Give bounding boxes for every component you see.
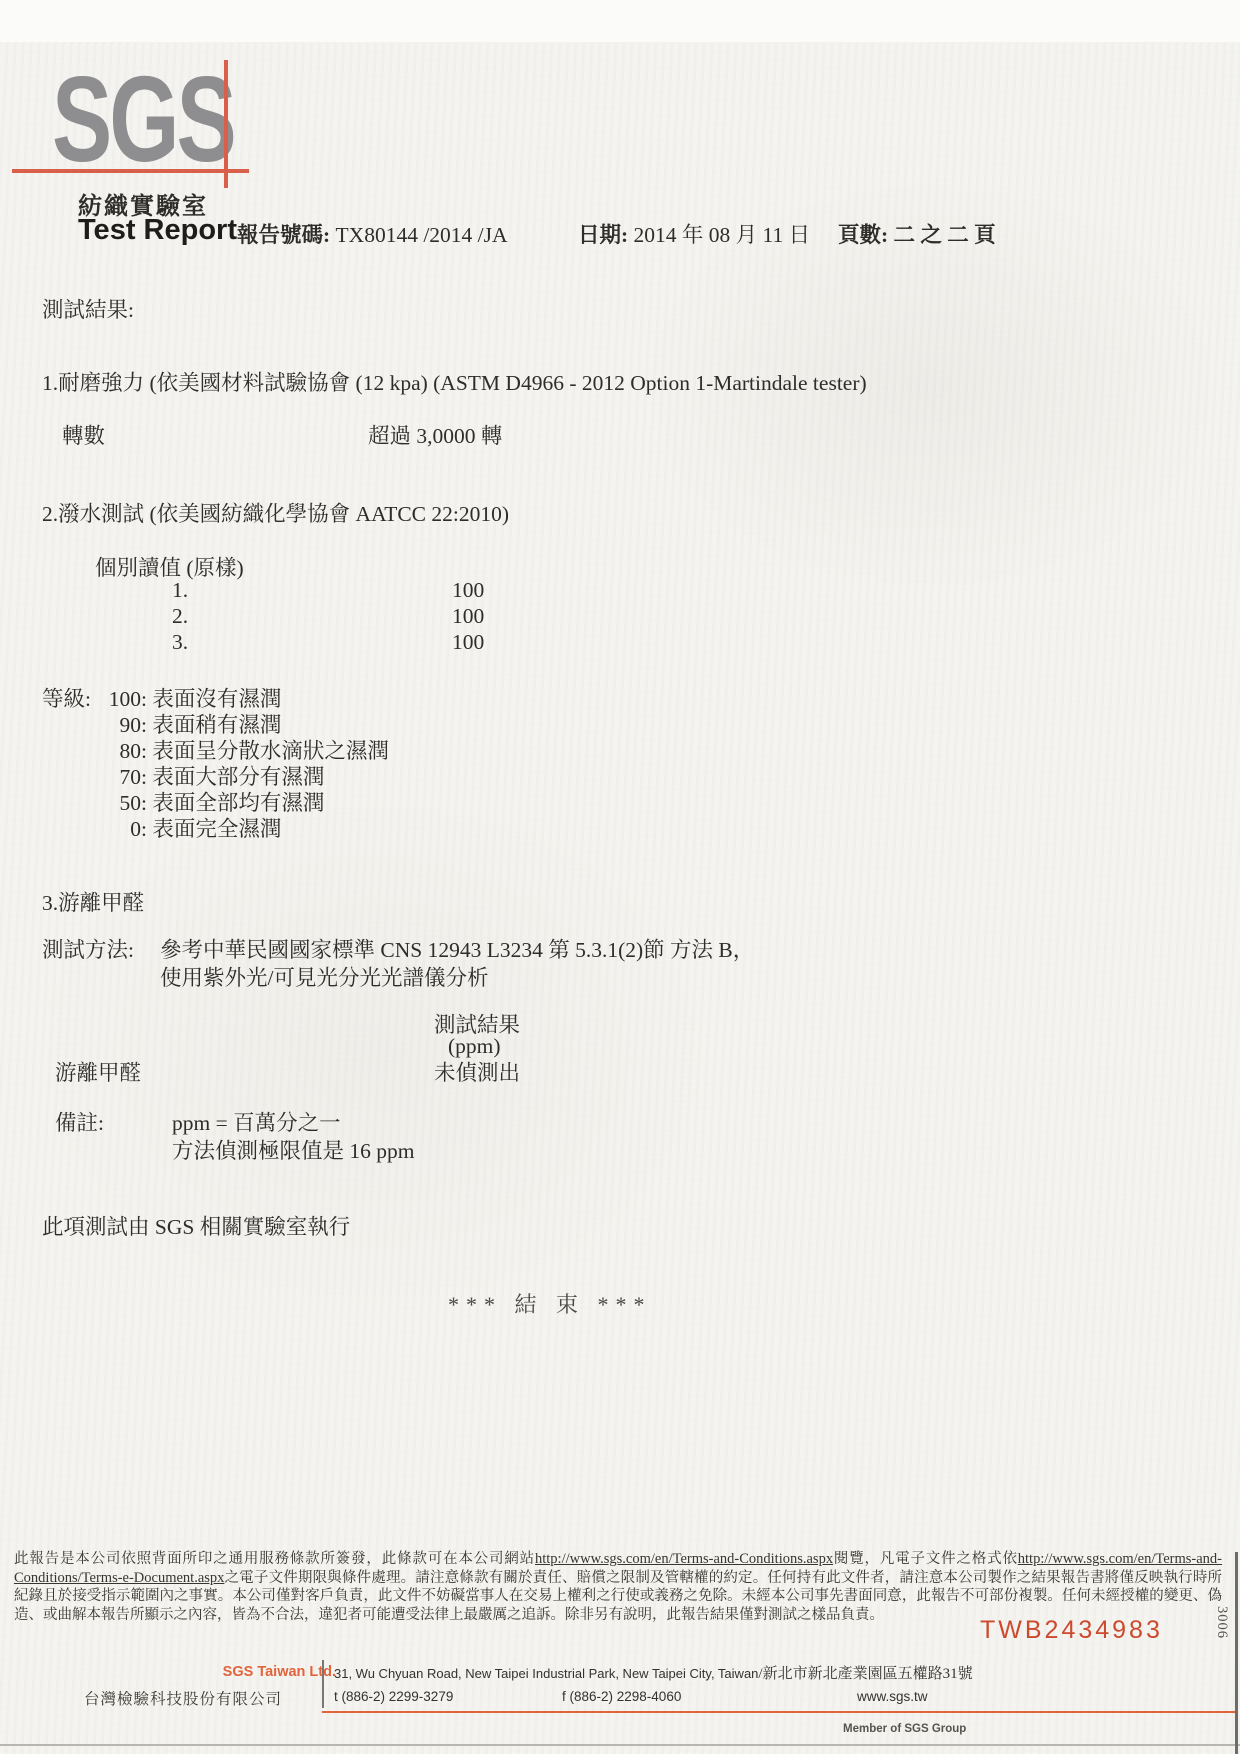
company-fax: f (886-2) 2298-4060 — [562, 1689, 681, 1704]
member-of-sgs-group: Member of SGS Group — [843, 1723, 966, 1735]
grade-row: 0: 表面完全濕潤 — [42, 812, 281, 843]
disclaimer-text: 閱覽，凡電子文件之格式依 — [833, 1551, 1018, 1567]
method-line1: 參考中華民國國家標準 CNS 12943 L3234 第 5.3.1(2)節 方… — [160, 933, 754, 964]
method-line2: 使用紫外光/可見光分光光譜儀分析 — [160, 961, 488, 992]
section3-title: 3.游離甲醛 — [42, 886, 144, 917]
report-number-value: TX80144 /2014 /JA — [336, 223, 508, 247]
report-date-label: 日期: — [578, 223, 628, 247]
readings-label: 個別讀值 (原樣) — [95, 551, 244, 582]
logo-red-underline — [12, 169, 249, 173]
grade-score: 0: — [42, 817, 147, 842]
section1-row-label: 轉數 — [62, 419, 105, 450]
reading-row-value: 100 — [452, 578, 484, 603]
note-label: 備註: — [55, 1106, 104, 1137]
company-phone: t (886-2) 2299-3279 — [334, 1689, 453, 1704]
scan-bottom-edge — [0, 1744, 1240, 1746]
note-line2: 方法偵測極限值是 16 ppm — [172, 1134, 414, 1165]
footer-orange-rule — [322, 1711, 1235, 1713]
company-address-en: 31, Wu Chyuan Road, New Taipei Industria… — [334, 1666, 758, 1681]
company-address: 31, Wu Chyuan Road, New Taipei Industria… — [334, 1662, 973, 1683]
reading-row-value: 100 — [452, 630, 484, 655]
analyte-name: 游離甲醛 — [55, 1056, 141, 1087]
report-pages-value: 二 之 二 頁 — [894, 223, 996, 247]
report-number-field: 報告號碼: TX80144 /2014 /JA — [237, 218, 508, 249]
report-number-label: 報告號碼: — [237, 223, 330, 247]
report-date-field: 日期: 2014 年 08 月 11 日 — [578, 218, 810, 249]
company-address-zh: /新北市新北產業園區五權路31號 — [758, 1666, 972, 1682]
sgs-logo: SGS — [52, 58, 234, 180]
disclaimer-text: 此報告是本公司依照背面所印之通用服務條款所簽發，此條款可在本公司網站 — [14, 1551, 535, 1567]
section1-title: 1.耐磨強力 (依美國材料試驗協會 (12 kpa) (ASTM D4966 -… — [42, 366, 867, 397]
results-heading: 測試結果: — [42, 293, 134, 324]
analyte-result: 未偵測出 — [434, 1056, 520, 1087]
report-title: Test Report — [78, 214, 237, 247]
test-report-page: SGS 紡織實驗室 Test Report 報告號碼: TX80144 /201… — [0, 0, 1240, 1754]
company-website-link[interactable]: www.sgs.tw — [857, 1689, 928, 1704]
company-name-zh: 台灣檢驗科技股份有限公司 — [84, 1687, 282, 1709]
scan-right-edge — [1235, 1552, 1238, 1754]
report-date-value: 2014 年 08 月 11 日 — [634, 223, 811, 247]
reading-row-no: 3. — [172, 630, 188, 655]
section1-row-value: 超過 3,0000 轉 — [368, 419, 502, 450]
method-label: 測試方法: — [42, 933, 134, 964]
footer-disclaimer: 此報告是本公司依照背面所印之通用服務條款所簽發，此條款可在本公司網站http:/… — [14, 1550, 1222, 1624]
reading-row-no: 1. — [172, 578, 188, 603]
report-barcode-number: TWB2434983 — [980, 1616, 1163, 1645]
footer-divider-line — [322, 1660, 324, 1708]
company-name-en: SGS Taiwan Ltd. — [118, 1664, 336, 1680]
report-pages-label: 頁數: — [838, 223, 888, 247]
note-line1: ppm = 百萬分之一 — [172, 1106, 341, 1137]
reading-row-no: 2. — [172, 604, 188, 629]
scan-top-strip — [0, 0, 1240, 42]
reading-row-value: 100 — [452, 604, 484, 629]
page-side-code: 3006 — [1213, 1606, 1230, 1639]
performed-by-note: 此項測試由 SGS 相關實驗室執行 — [42, 1210, 350, 1241]
grade-desc: 表面完全濕潤 — [152, 817, 281, 841]
end-of-report-mark: *** 結 束 *** — [448, 1288, 652, 1319]
section2-title: 2.潑水測試 (依美國紡織化學協會 AATCC 22:2010) — [42, 497, 509, 528]
report-pages-field: 頁數: 二 之 二 頁 — [838, 218, 996, 249]
terms-link[interactable]: http://www.sgs.com/en/Terms-and-Conditio… — [535, 1551, 833, 1567]
